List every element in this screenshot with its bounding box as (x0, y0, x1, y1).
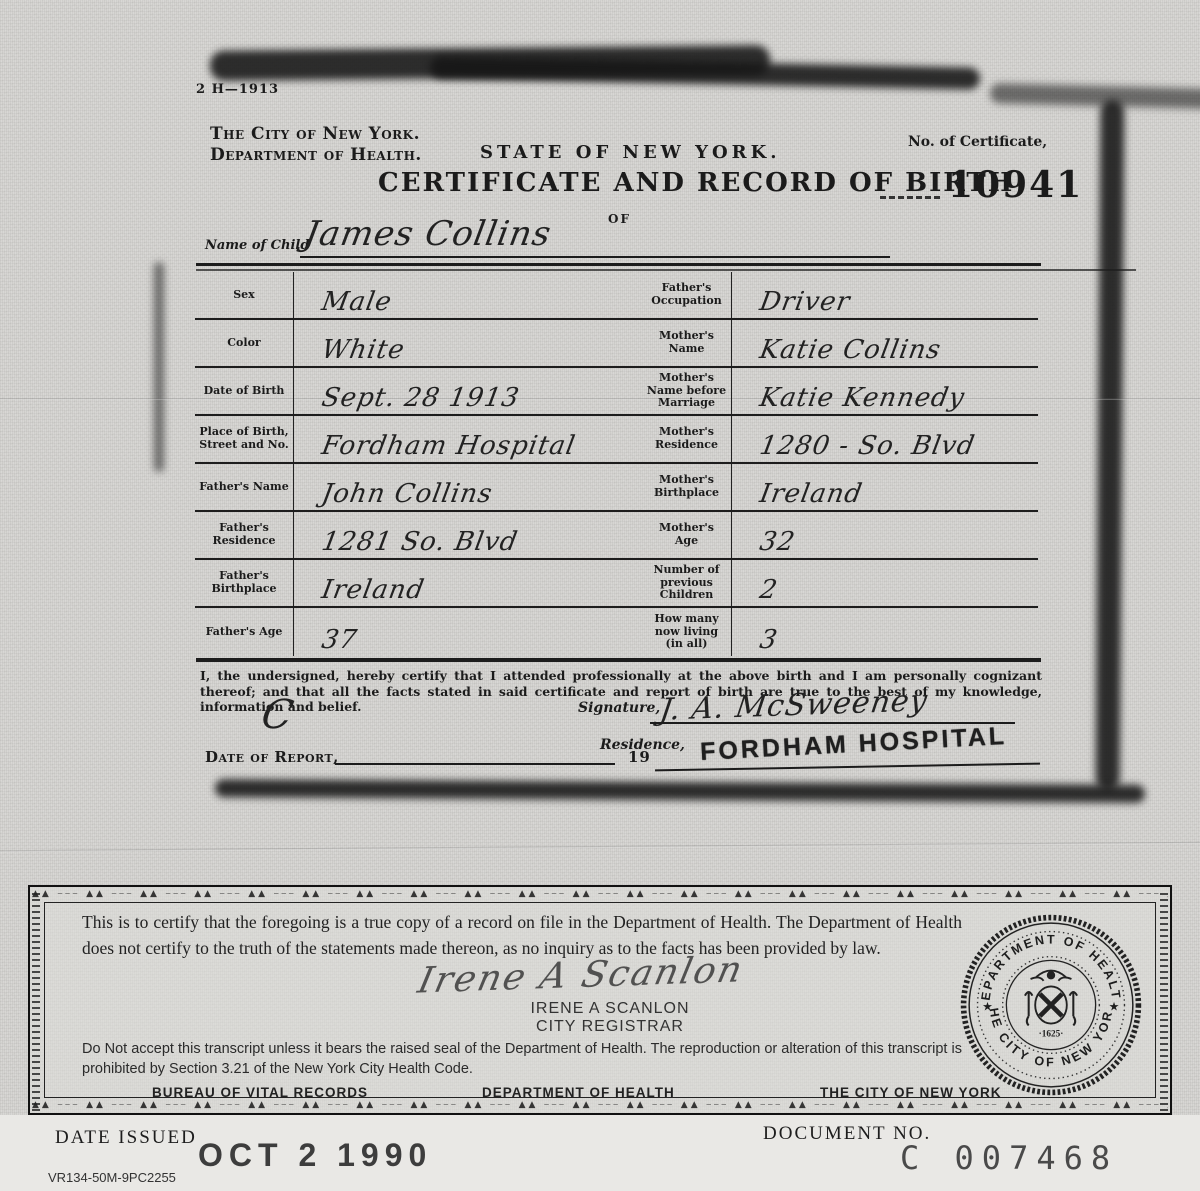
certificate-number-label: No. of Certificate, (908, 134, 1047, 150)
field-label: Father's Birthplace (195, 560, 294, 606)
field-value: Ireland (757, 479, 865, 509)
footer-bureau-label: BUREAU OF VITAL RECORDS (152, 1085, 368, 1100)
table-row: Place of Birth, Street and No.Fordham Ho… (195, 416, 1038, 464)
field-label: How many now living (in all) (642, 608, 732, 656)
header-double-rule-2 (196, 269, 1136, 271)
field-label: Mother's Name before Marriage (642, 368, 732, 414)
issuance-strip: DATE ISSUED OCT 2 1990 VR134-50M-9PC2255… (0, 1115, 1200, 1191)
seal-year: ·1625· (1039, 1030, 1064, 1040)
frame-ornament-top: ▲▲ ⎯⎯⎯ ▲▲ ⎯⎯⎯ ▲▲ ⎯⎯⎯ ▲▲ ⎯⎯⎯ ▲▲ ⎯⎯⎯ ▲▲ ⎯⎯… (32, 889, 1168, 900)
table-row: Father's NameJohn Collins Mother's Birth… (195, 464, 1038, 512)
seal-top-arc-text: DEPARTMENT OF HEALTH (958, 912, 1123, 1001)
field-value: 1281 So. Blvd (319, 527, 520, 557)
name-of-child-underline (300, 256, 890, 258)
table-row: Father's BirthplaceIreland Number of pre… (195, 560, 1038, 608)
date-of-report-line (335, 763, 615, 765)
photocopy-bottom-smudge (215, 779, 1145, 803)
name-of-child-value: James Collins (305, 214, 551, 254)
form-number: 2 H—1913 (196, 82, 279, 97)
field-value: Male (319, 287, 394, 317)
registrar-signature: Irene A Scanlon (420, 955, 742, 996)
seal-center-emblem (1025, 971, 1077, 1026)
field-label: Mother's Name (642, 320, 732, 366)
seal-graphic: DEPARTMENT OF HEALTH THE CITY OF NEW YOR… (958, 912, 1144, 1098)
header-double-rule-1 (196, 263, 1041, 266)
table-row: SexMale Father's OccupationDriver (195, 272, 1038, 320)
field-label: Father's Residence (195, 512, 294, 558)
field-value: Driver (757, 287, 852, 317)
field-value: John Collins (319, 479, 495, 509)
birth-record-table: SexMale Father's OccupationDriver ColorW… (195, 272, 1038, 656)
state-title: STATE OF NEW YORK. (480, 142, 781, 163)
stray-handwriting-mark: C (262, 692, 294, 738)
field-value: 37 (319, 625, 359, 655)
field-value: Ireland (319, 575, 427, 605)
field-label: Father's Name (195, 464, 294, 510)
field-value: 2 (757, 575, 780, 605)
field-label: Place of Birth, Street and No. (195, 416, 294, 462)
table-row: ColorWhite Mother's NameKatie Collins (195, 320, 1038, 368)
paper-fold-crease-lower (0, 842, 1200, 852)
photocopy-top-smudge-right (990, 83, 1200, 113)
residence-stamp: FORDHAM HOSPITAL (699, 722, 1007, 767)
field-value: 3 (757, 625, 780, 655)
date-issued-label: DATE ISSUED (55, 1127, 197, 1149)
field-label: Mother's Age (642, 512, 732, 558)
photocopy-top-smudge-mid (430, 56, 980, 90)
seal-star-left: ★ (982, 1000, 993, 1014)
table-bottom-heavy-rule (196, 658, 1041, 662)
certificate-number-dashes (880, 196, 940, 199)
field-value: Katie Collins (757, 335, 943, 365)
field-value: 32 (757, 527, 797, 557)
date-of-report-label: Date of Report, (205, 748, 339, 766)
name-of-child-label: Name of Child (205, 238, 309, 253)
signature-label: Signature, (578, 700, 660, 716)
table-row: Father's Residence1281 So. Blvd Mother's… (195, 512, 1038, 560)
photocopy-right-streak (1096, 100, 1125, 790)
field-label: Father's Age (195, 608, 294, 656)
field-label: Mother's Residence (642, 416, 732, 462)
field-label: Color (195, 320, 294, 366)
field-value: Fordham Hospital (319, 431, 578, 461)
field-label: Number of previous Children (642, 560, 732, 606)
issuer-city: The City of New York. (210, 124, 420, 144)
issuer-dept: Department of Health. (210, 145, 422, 165)
field-label: Sex (195, 272, 294, 318)
year-prefix: 19 (628, 748, 651, 766)
transcript-warning-paragraph: Do Not accept this transcript unless it … (82, 1040, 962, 1079)
form-code: VR134-50M-9PC2255 (48, 1170, 176, 1185)
certificate-number-value: 10941 (948, 164, 1083, 206)
field-value: Sept. 28 1913 (319, 383, 522, 413)
document-no-stamp: C 007468 (900, 1139, 1118, 1177)
registrar-name: IRENE A SCANLON (470, 999, 750, 1018)
seal-star-right: ★ (1109, 1000, 1120, 1014)
field-value: Katie Kennedy (757, 383, 967, 413)
registrar-title: CITY REGISTRAR (470, 1017, 750, 1036)
photocopy-left-streak (154, 262, 164, 472)
svg-text:DEPARTMENT OF HEALTH: DEPARTMENT OF HEALTH (958, 912, 1123, 1001)
transcript-certify-paragraph: This is to certify that the foregoing is… (82, 909, 962, 962)
field-value: 1280 - So. Blvd (757, 431, 977, 461)
frame-ornament-right (1160, 889, 1168, 1111)
department-of-health-seal: DEPARTMENT OF HEALTH THE CITY OF NEW YOR… (958, 912, 1144, 1098)
field-label: Date of Birth (195, 368, 294, 414)
table-row: Date of BirthSept. 28 1913 Mother's Name… (195, 368, 1038, 416)
field-label: Mother's Birthplace (642, 464, 732, 510)
date-issued-stamp: OCT 2 1990 (198, 1137, 432, 1174)
frame-ornament-bottom: ▲▲ ⎯⎯⎯ ▲▲ ⎯⎯⎯ ▲▲ ⎯⎯⎯ ▲▲ ⎯⎯⎯ ▲▲ ⎯⎯⎯ ▲▲ ⎯⎯… (32, 1100, 1168, 1111)
field-value: White (319, 335, 407, 365)
table-row: Father's Age37 How many now living (in a… (195, 608, 1038, 656)
frame-ornament-left (32, 889, 40, 1111)
footer-department-label: DEPARTMENT OF HEALTH (482, 1085, 675, 1100)
main-title: CERTIFICATE AND RECORD OF BIRTH (378, 168, 1014, 198)
field-label: Father's Occupation (642, 272, 732, 318)
of-word: OF (608, 212, 631, 226)
